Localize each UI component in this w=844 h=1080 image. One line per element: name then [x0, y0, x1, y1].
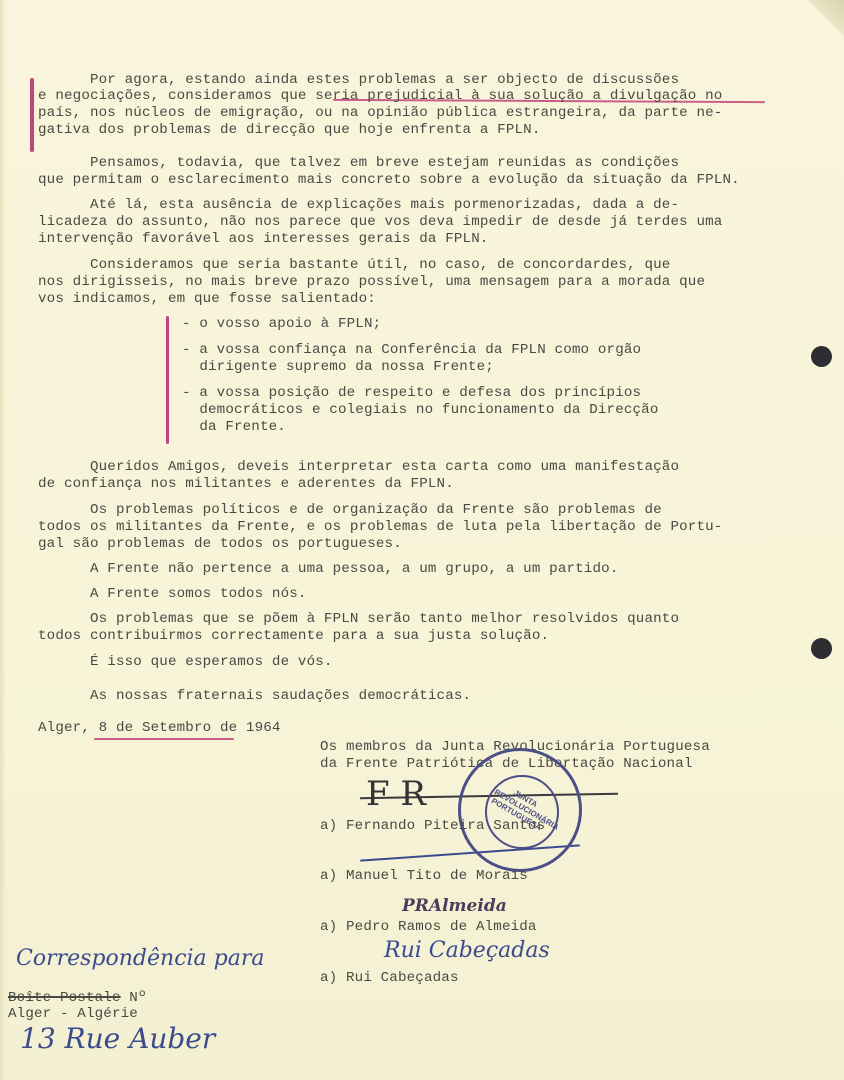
official-stamp: JUNTA REVOLUCIONÁRIA PORTUGUESA	[458, 748, 582, 872]
address-struck-line: Boîte Postale Nº	[8, 990, 147, 1006]
paragraph-line: É isso que esperamos de vós.	[38, 654, 333, 670]
place-date: Alger, 8 de Setembro de 1964	[38, 720, 281, 736]
paragraph-line: e negociações, consideramos que seria pr…	[38, 88, 722, 104]
bullet-item: dirigente supremo da nossa Frente;	[182, 359, 494, 375]
paragraph-line: As nossas fraternais saudações democráti…	[38, 688, 471, 704]
signature-piteira-initials: F R	[366, 774, 426, 814]
paragraph-line: Até lá, esta ausência de explicações mai…	[38, 197, 679, 213]
paragraph-line: licadeza do assunto, não nos parece que …	[38, 214, 722, 230]
bullet-item: da Frente.	[182, 419, 286, 435]
paragraph-line: todos os militantes da Frente, e os prob…	[38, 519, 722, 535]
signature-almeida: PRAlmeida	[402, 896, 507, 916]
paragraph-line: Os problemas políticos e de organização …	[38, 502, 662, 518]
struck-boite-postale: Boîte Postale	[8, 990, 121, 1006]
signatory-name: a) Pedro Ramos de Almeida	[320, 919, 537, 935]
paragraph-line: gal são problemas de todos os portuguese…	[38, 536, 402, 552]
address-handwritten-street: 13 Rue Auber	[20, 1022, 215, 1055]
margin-mark-p1	[30, 78, 34, 152]
margin-mark-bullets	[166, 316, 169, 444]
address-handwritten-header: Correspondência para	[16, 946, 265, 971]
letter-page: Por agora, estando ainda estes problemas…	[0, 0, 844, 1080]
signatory-name: a) Rui Cabeçadas	[320, 970, 459, 986]
paragraph-line: A Frente não pertence a uma pessoa, a um…	[38, 561, 618, 577]
signatory-name: a) Manuel Tito de Morais	[320, 868, 528, 884]
address-number-label: Nº	[121, 990, 147, 1006]
paragraph-line: Por agora, estando ainda estes problemas…	[38, 72, 679, 88]
paragraph-line: gativa dos problemas de direcção que hoj…	[38, 122, 541, 138]
corner-fold	[804, 0, 844, 40]
punch-hole	[811, 346, 832, 367]
paragraph-line: Queridos Amigos, deveis interpretar esta…	[38, 459, 679, 475]
paragraph-line: país, nos núcleos de emigração, ou na op…	[38, 105, 722, 121]
address-city: Alger - Algérie	[8, 1006, 138, 1022]
bullet-item: - a vossa confiança na Conferência da FP…	[182, 342, 641, 358]
paragraph-line: vos indicamos, em que fosse salientado:	[38, 291, 376, 307]
paragraph-line: Os problemas que se põem à FPLN serão ta…	[38, 611, 679, 627]
bullet-item: democráticos e colegiais no funcionament…	[182, 402, 659, 418]
paragraph-line: intervenção favorável aos interesses ger…	[38, 231, 489, 247]
bullet-item: - a vossa posição de respeito e defesa d…	[182, 385, 641, 401]
signature-cabecadas: Rui Cabeçadas	[384, 938, 550, 963]
paragraph-line: de confiança nos militantes e aderentes …	[38, 476, 454, 492]
paragraph-line: A Frente somos todos nós.	[38, 586, 307, 602]
paragraph-line: nos dirigisseis, no mais breve prazo pos…	[38, 274, 705, 290]
underline-date	[94, 738, 234, 740]
signatory-name: a) Fernando Piteira Santos	[320, 818, 545, 834]
bullet-item: - o vosso apoio à FPLN;	[182, 316, 381, 332]
punch-hole	[811, 638, 832, 659]
paragraph-line: todos contribuirmos correctamente para a…	[38, 628, 549, 644]
paragraph-line: Pensamos, todavia, que talvez em breve e…	[38, 155, 679, 171]
paragraph-line: que permitam o esclarecimento mais concr…	[38, 172, 740, 188]
paragraph-line: Consideramos que seria bastante útil, no…	[38, 257, 670, 273]
